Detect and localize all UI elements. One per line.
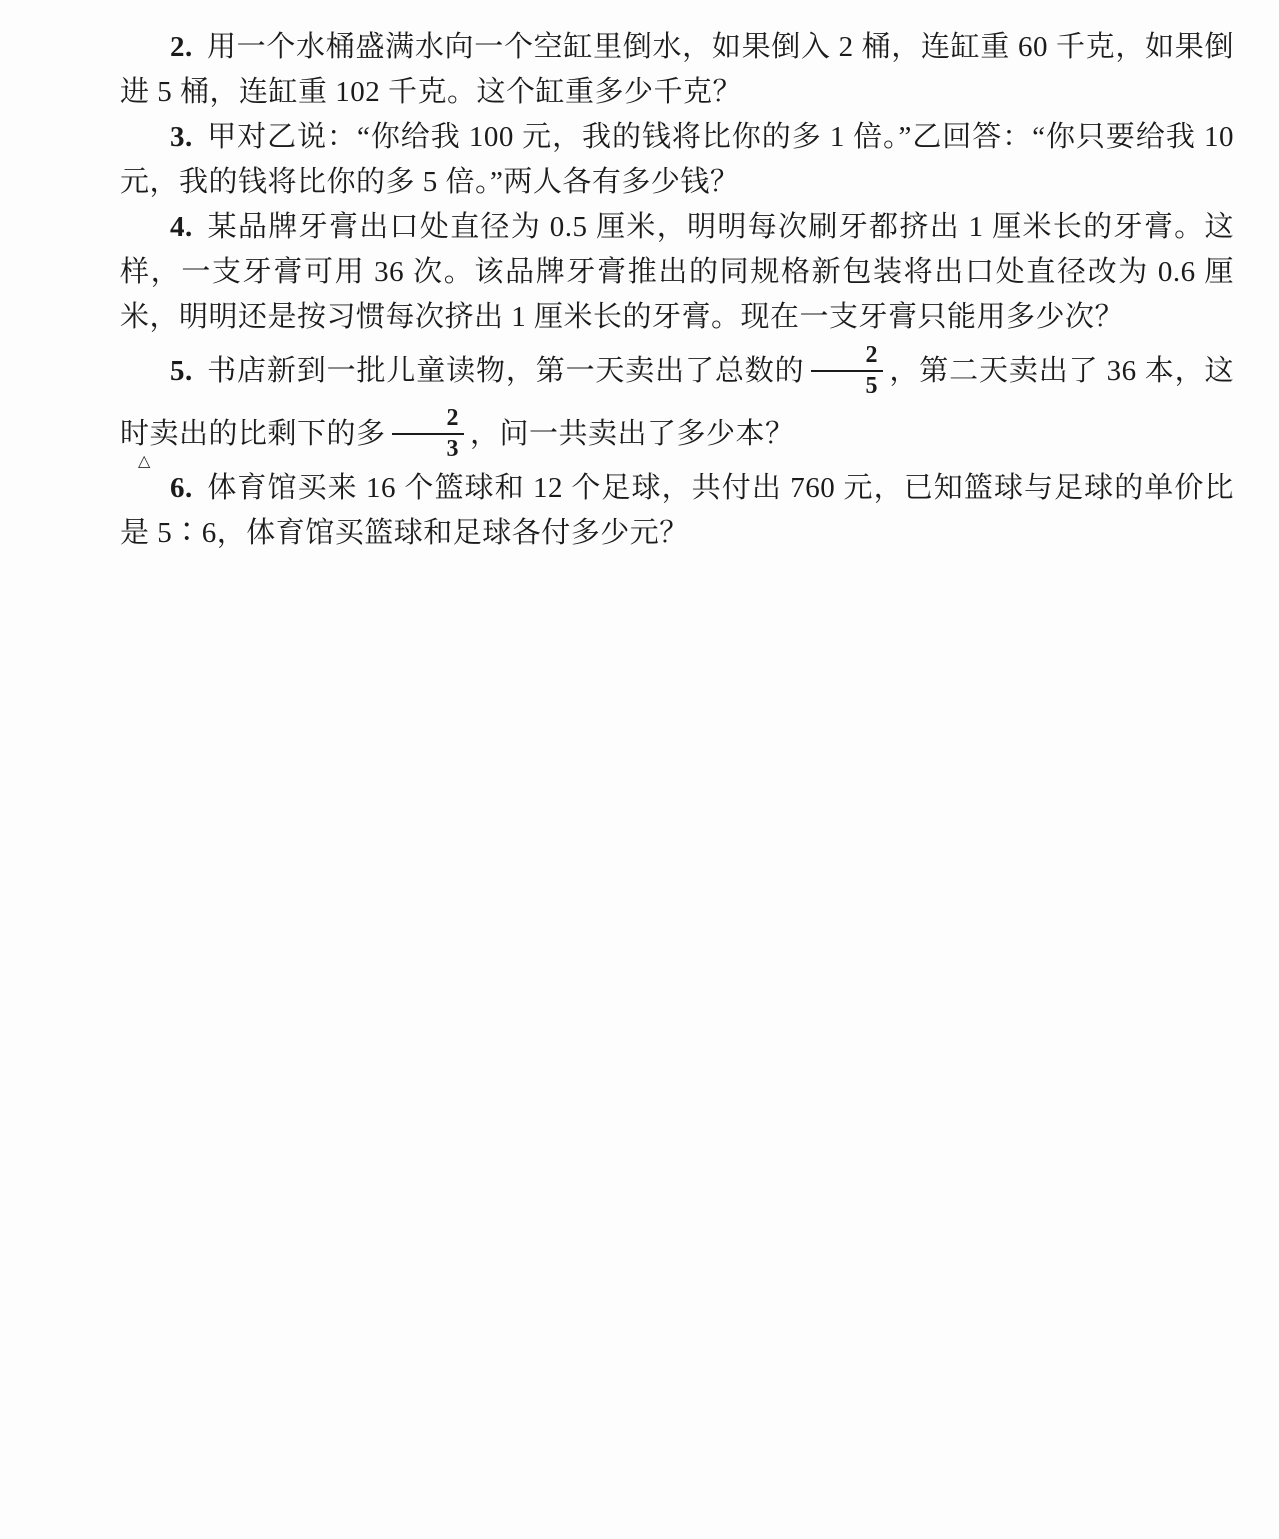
problem-4: 4.某品牌牙膏出口处直径为 0.5 厘米，明明每次刷牙都挤出 1 厘米长的牙膏。…: [120, 205, 1234, 340]
problem-5-number: 5.: [170, 355, 193, 387]
problem-2-number: 2.: [170, 31, 193, 63]
problem-6-number: 6.: [170, 472, 193, 504]
problem-4-number: 4.: [170, 211, 193, 243]
problem-5-text-1: 书店新到一批儿童读物，第一天卖出了总数的: [207, 355, 805, 387]
problem-5-text-3: ，问一共卖出了多少本？: [470, 418, 795, 450]
problem-6-text: 体育馆买来 16 个篮球和 12 个足球，共付出 760 元，已知篮球与足球的单…: [120, 472, 1234, 549]
problem-4-text: 某品牌牙膏出口处直径为 0.5 厘米，明明每次刷牙都挤出 1 厘米长的牙膏。这样…: [120, 211, 1234, 333]
problem-3: 3.甲对乙说：“你给我 100 元，我的钱将比你的多 1 倍。”乙回答：“你只要…: [120, 115, 1234, 205]
proofread-triangle-mark: △: [138, 454, 151, 470]
problem-6: 6.体育馆买来 16 个篮球和 12 个足球，共付出 760 元，已知篮球与足球…: [120, 466, 1234, 556]
problem-2-text: 用一个水桶盛满水向一个空缸里倒水，如果倒入 2 桶，连缸重 60 千克，如果倒进…: [120, 31, 1234, 108]
fraction-numerator: 2: [392, 405, 465, 436]
problem-3-number: 3.: [170, 121, 193, 153]
fraction-numerator: 2: [811, 342, 884, 373]
fraction-denominator: 3: [397, 435, 460, 464]
fraction-two-thirds: 23: [392, 405, 465, 464]
fraction-denominator: 5: [816, 372, 879, 401]
problem-3-text: 甲对乙说：“你给我 100 元，我的钱将比你的多 1 倍。”乙回答：“你只要给我…: [120, 121, 1234, 198]
problem-5: 5.书店新到一批儿童读物，第一天卖出了总数的25，第二天卖出了 36 本，这时卖…: [120, 340, 1234, 466]
fraction-two-fifths: 25: [811, 342, 884, 401]
problem-2: 2.用一个水桶盛满水向一个空缸里倒水，如果倒入 2 桶，连缸重 60 千克，如果…: [120, 25, 1234, 115]
worksheet-page: 2.用一个水桶盛满水向一个空缸里倒水，如果倒入 2 桶，连缸重 60 千克，如果…: [0, 0, 1279, 1539]
